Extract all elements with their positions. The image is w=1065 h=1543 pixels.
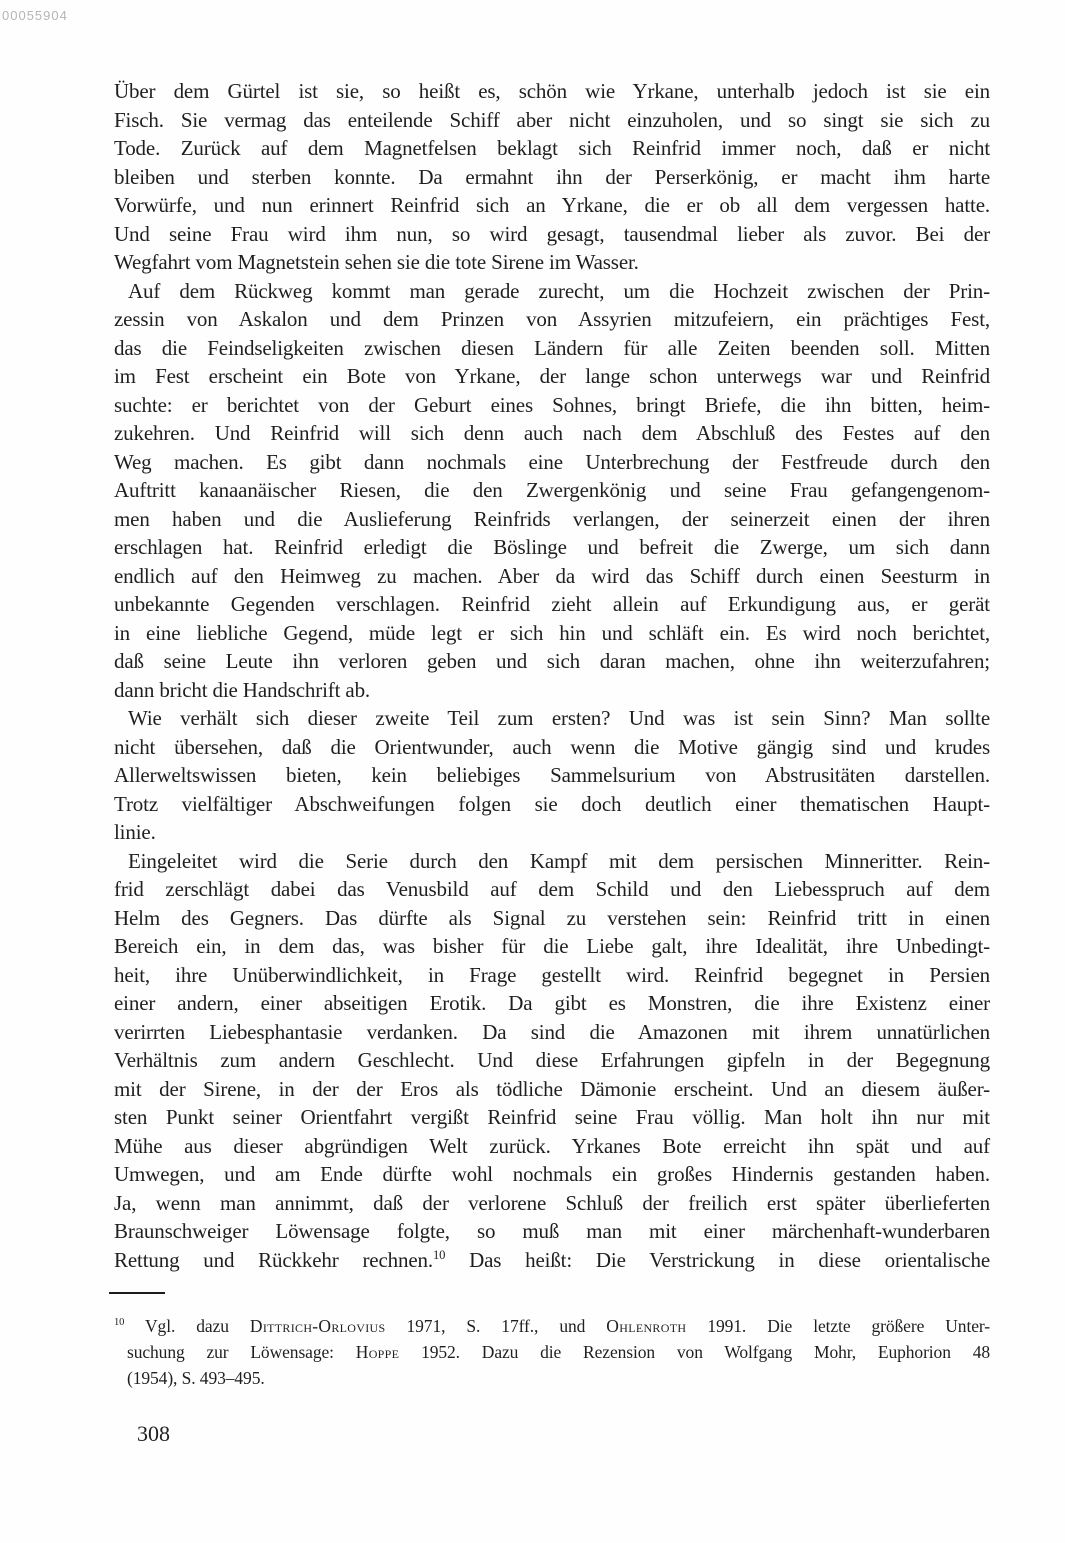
footnote-separator xyxy=(109,1292,165,1294)
paragraph: Über dem Gürtel ist sie, so heißt es, sc… xyxy=(114,77,990,277)
text-line: Eingeleitet wird die Serie durch den Kam… xyxy=(114,847,990,876)
footnote-line: 10 Vgl. dazu Dittrich-Orlovius 1971, S. … xyxy=(114,1313,990,1339)
text-line: Rettung und Rückkehr rechnen.10 Das heiß… xyxy=(114,1246,990,1275)
page-number: 308 xyxy=(137,1421,170,1447)
paragraph: Auf dem Rückweg kommt man gerade zurecht… xyxy=(114,277,990,705)
text-line: Umwegen, und am Ende dürfte wohl nochmal… xyxy=(114,1160,990,1189)
text-line: Über dem Gürtel ist sie, so heißt es, sc… xyxy=(114,77,990,106)
text-line: unbekannte Gegenden verschlagen. Reinfri… xyxy=(114,590,990,619)
text-line: Bereich ein, in dem das, was bisher für … xyxy=(114,932,990,961)
text-line: men haben und die Auslieferung Reinfrids… xyxy=(114,505,990,534)
scanned-page: 00055904 Über dem Gürtel ist sie, so hei… xyxy=(0,0,1065,1543)
text-line: linie. xyxy=(114,818,990,847)
text-line: zessin von Askalon und dem Prinzen von A… xyxy=(114,305,990,334)
text-line: nicht übersehen, daß die Orientwunder, a… xyxy=(114,733,990,762)
text-line: das die Feindseligkeiten zwischen diesen… xyxy=(114,334,990,363)
scan-id-stamp: 00055904 xyxy=(2,8,68,23)
text-line: einer andern, einer abseitigen Erotik. D… xyxy=(114,989,990,1018)
text-line: dann bricht die Handschrift ab. xyxy=(114,676,990,705)
text-line: im Fest erscheint ein Bote von Yrkane, d… xyxy=(114,362,990,391)
text-line: Wegfahrt vom Magnetstein sehen sie die t… xyxy=(114,248,990,277)
text-line: Auftritt kanaanäischer Riesen, die den Z… xyxy=(114,476,990,505)
footnote-line: (1954), S. 493–495. xyxy=(114,1365,990,1391)
footnote-line: suchung zur Löwensage: Hoppe 1952. Dazu … xyxy=(114,1339,990,1365)
text-line: Ja, wenn man annimmt, daß der verlorene … xyxy=(114,1189,990,1218)
text-line: zukehren. Und Reinfrid will sich denn au… xyxy=(114,419,990,448)
text-line: Auf dem Rückweg kommt man gerade zurecht… xyxy=(114,277,990,306)
text-line: sten Punkt seiner Orientfahrt vergißt Re… xyxy=(114,1103,990,1132)
text-line: Helm des Gegners. Das dürfte als Signal … xyxy=(114,904,990,933)
text-line: heit, ihre Unüberwindlichkeit, in Frage … xyxy=(114,961,990,990)
text-line: daß seine Leute ihn verloren geben und s… xyxy=(114,647,990,676)
text-line: Trotz vielfältiger Abschweifungen folgen… xyxy=(114,790,990,819)
text-line: Verhältnis zum andern Geschlecht. Und di… xyxy=(114,1046,990,1075)
text-line: verirrten Liebesphantasie verdanken. Da … xyxy=(114,1018,990,1047)
text-line: suchte: er berichtet von der Geburt eine… xyxy=(114,391,990,420)
text-line: Und seine Frau wird ihm nun, so wird ges… xyxy=(114,220,990,249)
text-line: in eine liebliche Gegend, müde legt er s… xyxy=(114,619,990,648)
paragraph: Wie verhält sich dieser zweite Teil zum … xyxy=(114,704,990,847)
text-line: erschlagen hat. Reinfrid erledigt die Bö… xyxy=(114,533,990,562)
text-line: endlich auf den Heimweg zu machen. Aber … xyxy=(114,562,990,591)
text-line: Weg machen. Es gibt dann nochmals eine U… xyxy=(114,448,990,477)
body-text: Über dem Gürtel ist sie, so heißt es, sc… xyxy=(114,77,990,1274)
footnote-lines: 10 Vgl. dazu Dittrich-Orlovius 1971, S. … xyxy=(114,1313,990,1391)
text-line: Tode. Zurück auf dem Magnetfelsen beklag… xyxy=(114,134,990,163)
text-line: bleiben und sterben konnte. Da ermahnt i… xyxy=(114,163,990,192)
text-line: Mühe aus dieser abgründigen Welt zurück.… xyxy=(114,1132,990,1161)
footnote: 10 Vgl. dazu Dittrich-Orlovius 1971, S. … xyxy=(114,1292,990,1391)
paragraph: Eingeleitet wird die Serie durch den Kam… xyxy=(114,847,990,1275)
text-line: Fisch. Sie vermag das enteilende Schiff … xyxy=(114,106,990,135)
text-line: Allerweltswissen bieten, kein beliebiges… xyxy=(114,761,990,790)
text-line: Vorwürfe, und nun erinnert Reinfrid sich… xyxy=(114,191,990,220)
text-line: Wie verhält sich dieser zweite Teil zum … xyxy=(114,704,990,733)
text-line: Braunschweiger Löwensage folgte, so muß … xyxy=(114,1217,990,1246)
text-line: frid zerschlägt dabei das Venusbild auf … xyxy=(114,875,990,904)
text-line: mit der Sirene, in der der Eros als tödl… xyxy=(114,1075,990,1104)
